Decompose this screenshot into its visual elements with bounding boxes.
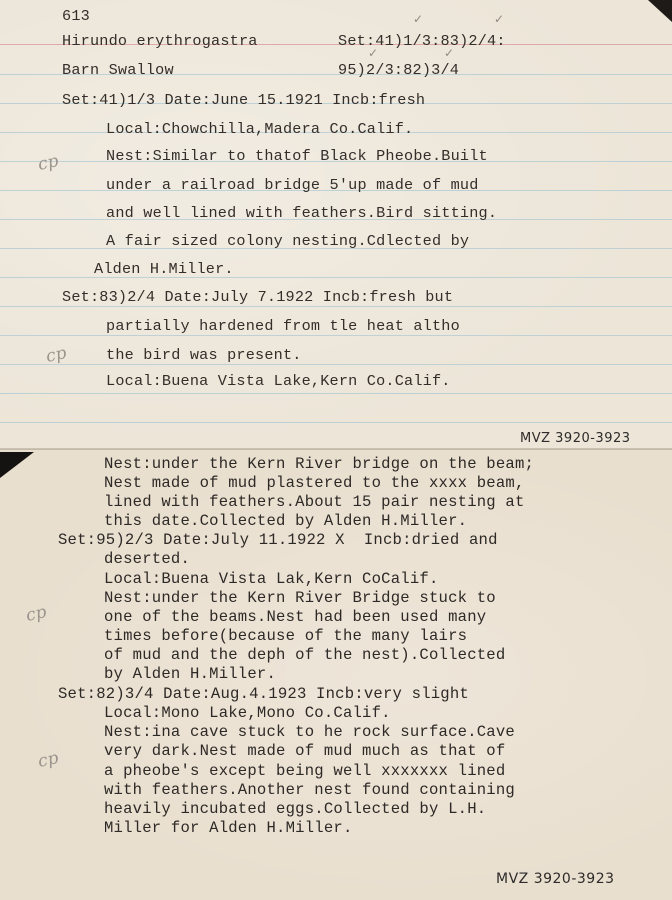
entry-line: of mud and the deph of the nest).Collect… [104,646,505,664]
entry-line: Local:Buena Vista Lak,Kern CoCalif. [104,570,439,588]
entry-line: Nest:ina cave stuck to he rock surface.C… [104,723,515,741]
entry-line: one of the beams.Nest had been used many [104,608,486,626]
ruled-line [0,335,672,336]
catalog-number: 613 [62,7,90,25]
pencil-margin-mark: cp [44,343,68,367]
entry-line: Nest:under the Kern River Bridge stuck t… [104,589,496,607]
entry-line: Set:95)2/3 Date:July 11.1922 X Incb:drie… [58,531,498,549]
entry-line: Nest made of mud plastered to the xxxx b… [104,474,525,492]
ruled-line [0,306,672,307]
entry-line: very dark.Nest made of mud much as that … [104,742,505,760]
check-mark: ✓ [444,46,454,60]
entry-line: the bird was present. [106,346,302,364]
entry-line: under a railroad bridge 5'up made of mud [106,176,479,194]
ruled-line [0,393,672,394]
entry-line: and well lined with feathers.Bird sittin… [106,204,497,222]
entry-line: deserted. [104,550,190,568]
ruled-line [0,422,672,423]
entry-line: by Alden H.Miller. [104,665,276,683]
check-mark: ✓ [368,46,378,60]
check-mark: ✓ [413,12,423,26]
sets-summary-line-1: Set:41)1/3:83)2/4: [338,32,506,50]
entry-line: times before(because of the many lairs [104,627,467,645]
scientific-name: Hirundo erythrogastra [62,32,258,50]
entry-line: Alden H.Miller. [94,260,234,278]
front-card: 613 Hirundo erythrogastra Set:41)1/3:83)… [0,0,672,450]
entry-line: Miller for Alden H.Miller. [104,819,353,837]
catalog-range: MVZ 3920-3923 [496,871,615,887]
common-name: Barn Swallow [62,61,174,79]
entry-line: partially hardened from tle heat altho [106,317,460,335]
entry-line: Set:41)1/3 Date:June 15.1921 Incb:fresh [62,91,425,109]
catalog-range: MVZ 3920-3923 [520,431,631,446]
entry-line: Set:82)3/4 Date:Aug.4.1923 Incb:very sli… [58,685,469,703]
pencil-margin-mark: cp [24,602,48,626]
entry-line: Nest:under the Kern River bridge on the … [104,455,534,473]
check-mark: ✓ [494,12,504,26]
entry-line: Set:83)2/4 Date:July 7.1922 Incb:fresh b… [62,288,453,306]
entry-line: A fair sized colony nesting.Cdlected by [106,232,469,250]
entry-line: Local:Mono Lake,Mono Co.Calif. [104,704,391,722]
entry-line: lined with feathers.About 15 pair nestin… [104,493,525,511]
pencil-margin-mark: cp [36,151,60,175]
ruled-line [0,364,672,365]
entry-line: with feathers.Another nest found contain… [104,781,515,799]
sets-summary-line-2: 95)2/3:82)3/4 [338,61,459,79]
entry-line: Local:Chowchilla,Madera Co.Calif. [106,120,413,138]
entry-line: a pheobe's except being well xxxxxxx lin… [104,762,505,780]
pencil-margin-mark: cp [36,748,60,772]
card-corner-shadow [632,0,672,22]
entry-line: Nest:Similar to thatof Black Pheobe.Buil… [106,147,488,165]
entry-line: heavily incubated eggs.Collected by L.H. [104,800,486,818]
entry-line: Local:Buena Vista Lake,Kern Co.Calif. [106,372,451,390]
entry-line: this date.Collected by Alden H.Miller. [104,512,467,530]
back-card: Nest:under the Kern River bridge on the … [0,450,672,900]
